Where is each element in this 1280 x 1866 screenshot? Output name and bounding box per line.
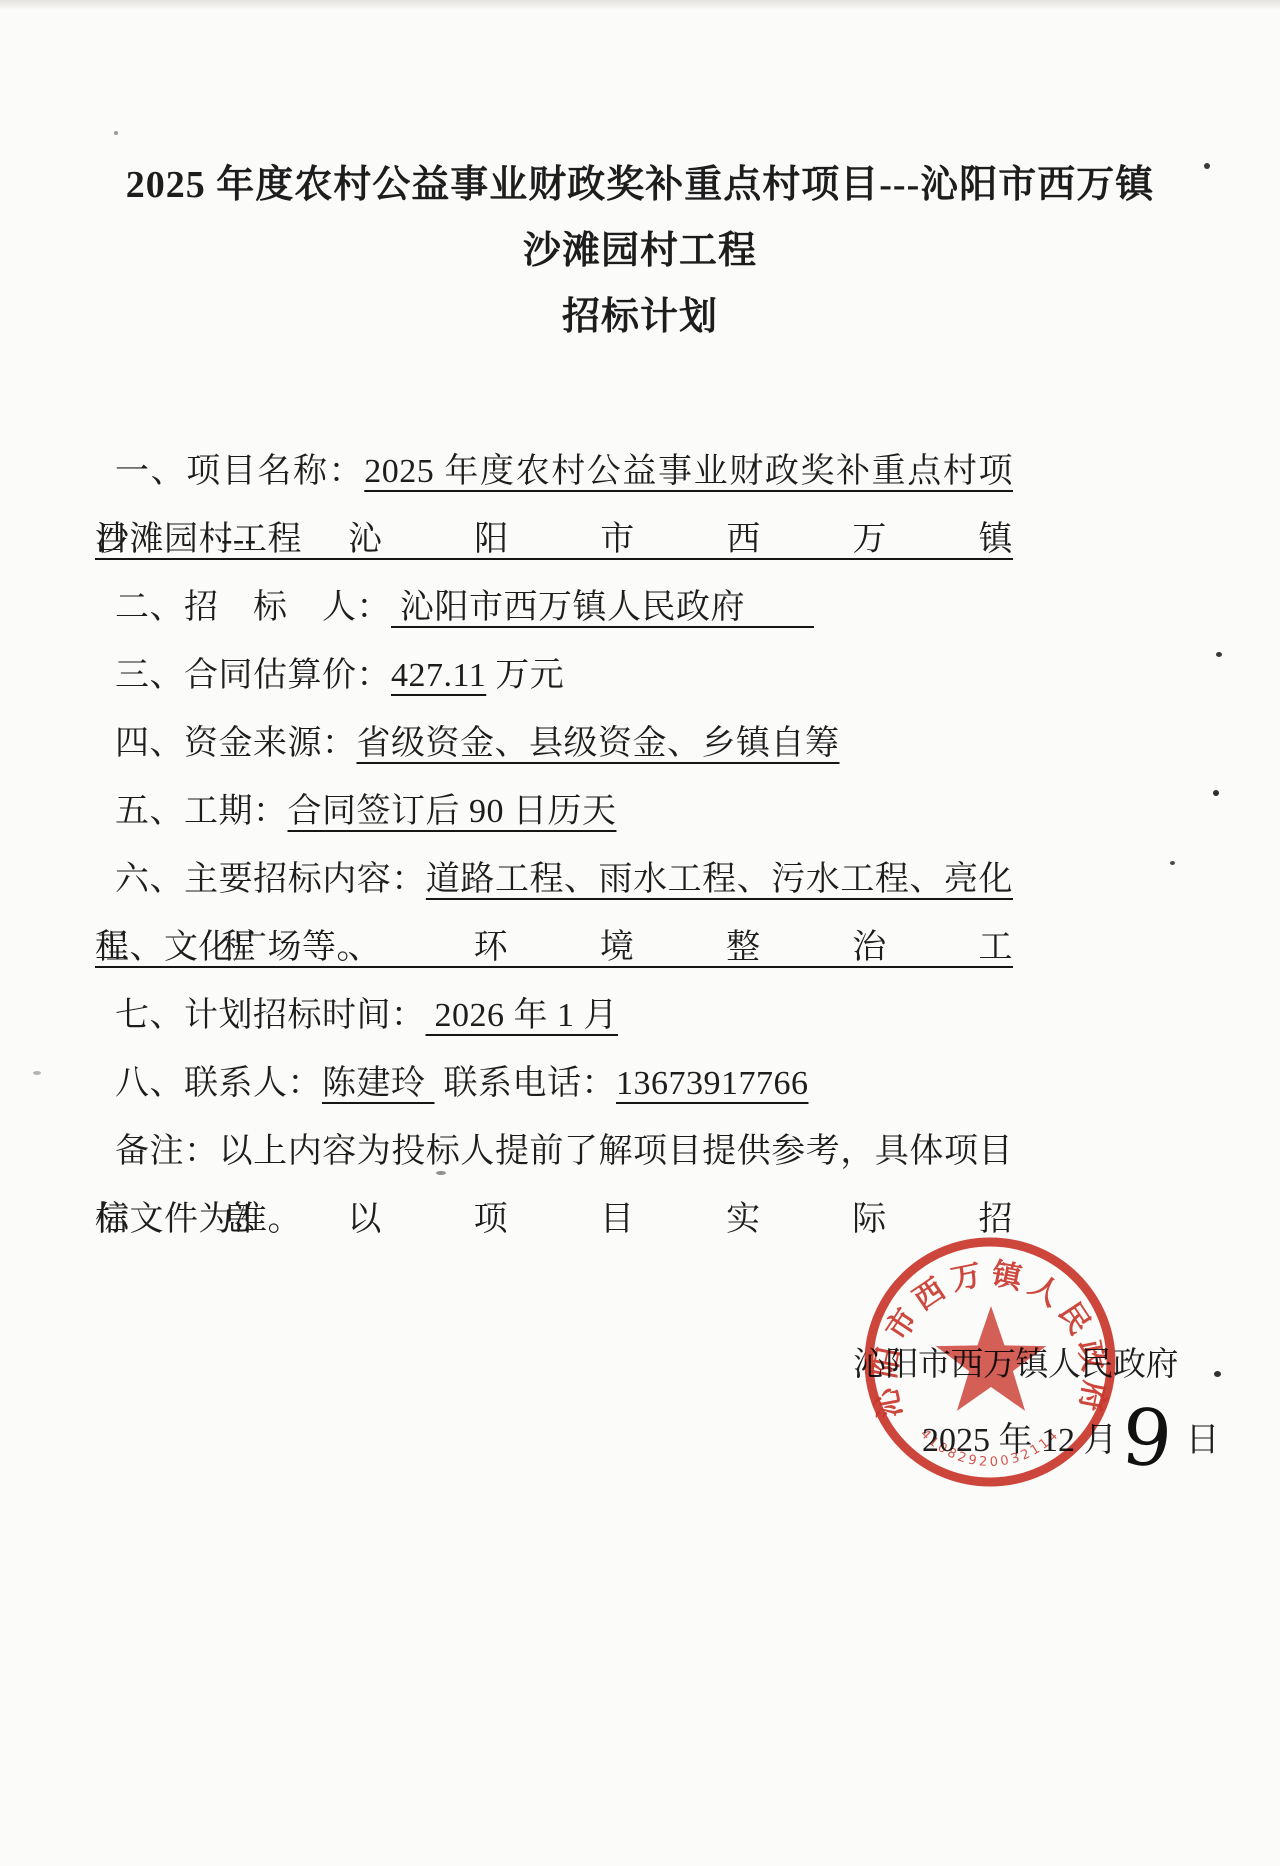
body-line: 二、招 标 人： 沁阳市西万镇人民政府 (95, 574, 1013, 642)
field-label: 三、合同估算价： (115, 657, 391, 694)
field-label: 六、主要招标内容： (115, 861, 426, 898)
document-body: 一、项目名称：2025 年度农村公益事业财政奖补重点村项目---沁阳市西万镇沙滩… (95, 438, 1013, 1254)
field-label: 联系电话： (435, 1065, 617, 1102)
filled-in-value: 合同签订后 90 日历天 (288, 793, 617, 830)
field-label: 一、项目名称： (115, 453, 364, 490)
filled-in-value: 程、文化广场等。 (95, 929, 389, 966)
document-title-block: 2025 年度农村公益事业财政奖补重点村项目---沁阳市西万镇沙滩园村工程招标计… (0, 152, 1280, 350)
body-line: 八、联系人：陈建玲 联系电话：13673917766 (95, 1050, 1013, 1118)
field-label: 五、工期： (115, 793, 288, 830)
scan-speck (114, 131, 118, 135)
document-title-line: 招标计划 (0, 284, 1280, 350)
scan-speck (1170, 861, 1175, 865)
scan-speck (1204, 163, 1210, 169)
filled-in-value: 427.11 (391, 657, 486, 694)
scan-speck (1216, 652, 1222, 657)
svg-text:41082920032114: 41082920032114 (917, 1427, 1063, 1470)
date-suffix: 日 (1177, 1412, 1220, 1461)
body-line: 七、计划招标时间： 2026 年 1 月 (95, 982, 1013, 1050)
scan-speck (33, 1071, 41, 1075)
field-label: 万元 (486, 657, 564, 694)
filled-in-value: 沙滩园村工程 (95, 521, 302, 558)
stamp-serial: 41082920032114 (917, 1427, 1063, 1470)
body-line: 六、主要招标内容：道路工程、雨水工程、污水工程、亮化工程、环境整治工 (95, 846, 1013, 914)
field-label: 标文件为准。 (95, 1201, 302, 1238)
field-label: 四、资金来源： (115, 725, 357, 762)
field-label: 二、招 标 人： (115, 589, 391, 626)
body-line: 三、合同估算价：427.11 万元 (95, 642, 1013, 710)
filled-in-value: 沁阳市西万镇人民政府 (391, 589, 814, 626)
filled-in-value: 2026 年 1 月 (426, 997, 619, 1034)
official-stamp-icon: 沁阳市西万镇人民政府 41082920032114 (858, 1234, 1122, 1492)
document-title-line: 2025 年度农村公益事业财政奖补重点村项目---沁阳市西万镇 (0, 152, 1280, 218)
stamp-star (936, 1306, 1046, 1411)
body-line: 五、工期：合同签订后 90 日历天 (95, 778, 1013, 846)
scan-speck (1213, 790, 1219, 796)
document-title-line: 沙滩园村工程 (0, 218, 1280, 284)
document-page: 2025 年度农村公益事业财政奖补重点村项目---沁阳市西万镇沙滩园村工程招标计… (0, 0, 1280, 1866)
filled-in-value: 13673917766 (616, 1065, 809, 1102)
body-line: 备注：以上内容为投标人提前了解项目提供参考，具体项目信息以项目实际招 (95, 1118, 1013, 1186)
scan-speck (1214, 1371, 1221, 1377)
body-line: 一、项目名称：2025 年度农村公益事业财政奖补重点村项目---沁阳市西万镇 (95, 438, 1013, 506)
field-label: 八、联系人： (115, 1065, 322, 1102)
filled-in-value: 陈建玲 (322, 1065, 435, 1102)
scan-speck (436, 1171, 446, 1175)
body-line: 四、资金来源：省级资金、县级资金、乡镇自筹 (95, 710, 1013, 778)
field-label: 七、计划招标时间： (115, 997, 426, 1034)
handwritten-day: 9 (1118, 1398, 1174, 1480)
filled-in-value: 省级资金、县级资金、乡镇自筹 (357, 725, 840, 762)
